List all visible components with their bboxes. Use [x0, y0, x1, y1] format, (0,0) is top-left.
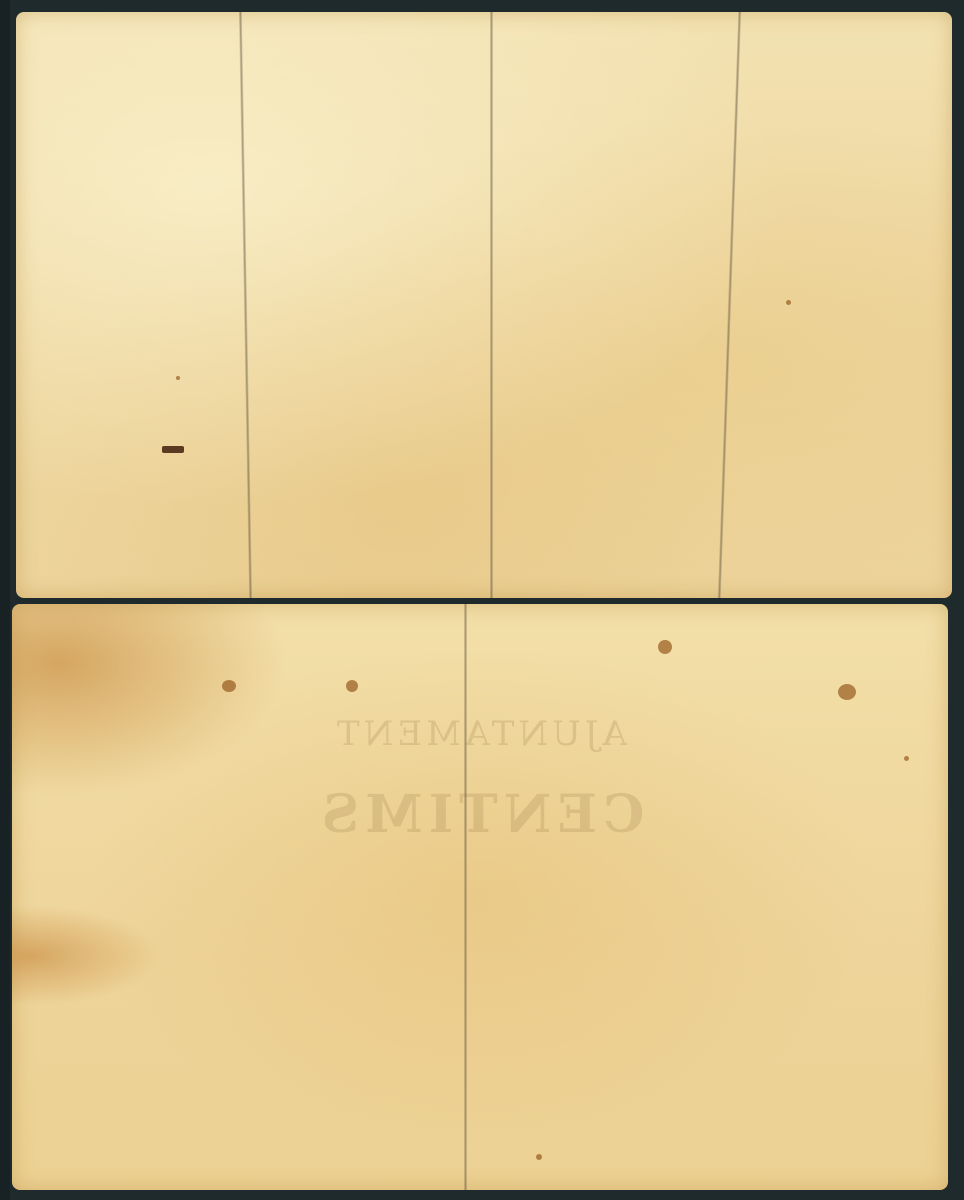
- fold-crease: [490, 12, 493, 598]
- ink-spot: [786, 300, 791, 305]
- show-through-text: AJUNTAMENT: [12, 714, 948, 754]
- stain-spot: [904, 756, 909, 761]
- background-frame: [0, 0, 10, 1200]
- bottom-banknote: AJUNTAMENT CENTIMS: [12, 604, 948, 1190]
- ink-spot: [176, 376, 180, 380]
- stain-spot: [222, 680, 236, 692]
- fold-crease: [464, 604, 467, 1190]
- stain-spot: [536, 1154, 542, 1160]
- stain-spot: [838, 684, 856, 700]
- fold-crease: [718, 12, 741, 598]
- top-banknote: [16, 12, 952, 598]
- show-through-text: CENTIMS: [12, 784, 948, 845]
- stain-spot: [658, 640, 672, 654]
- fold-crease: [239, 12, 252, 598]
- ink-spot: [162, 446, 184, 453]
- stain-spot: [346, 680, 358, 692]
